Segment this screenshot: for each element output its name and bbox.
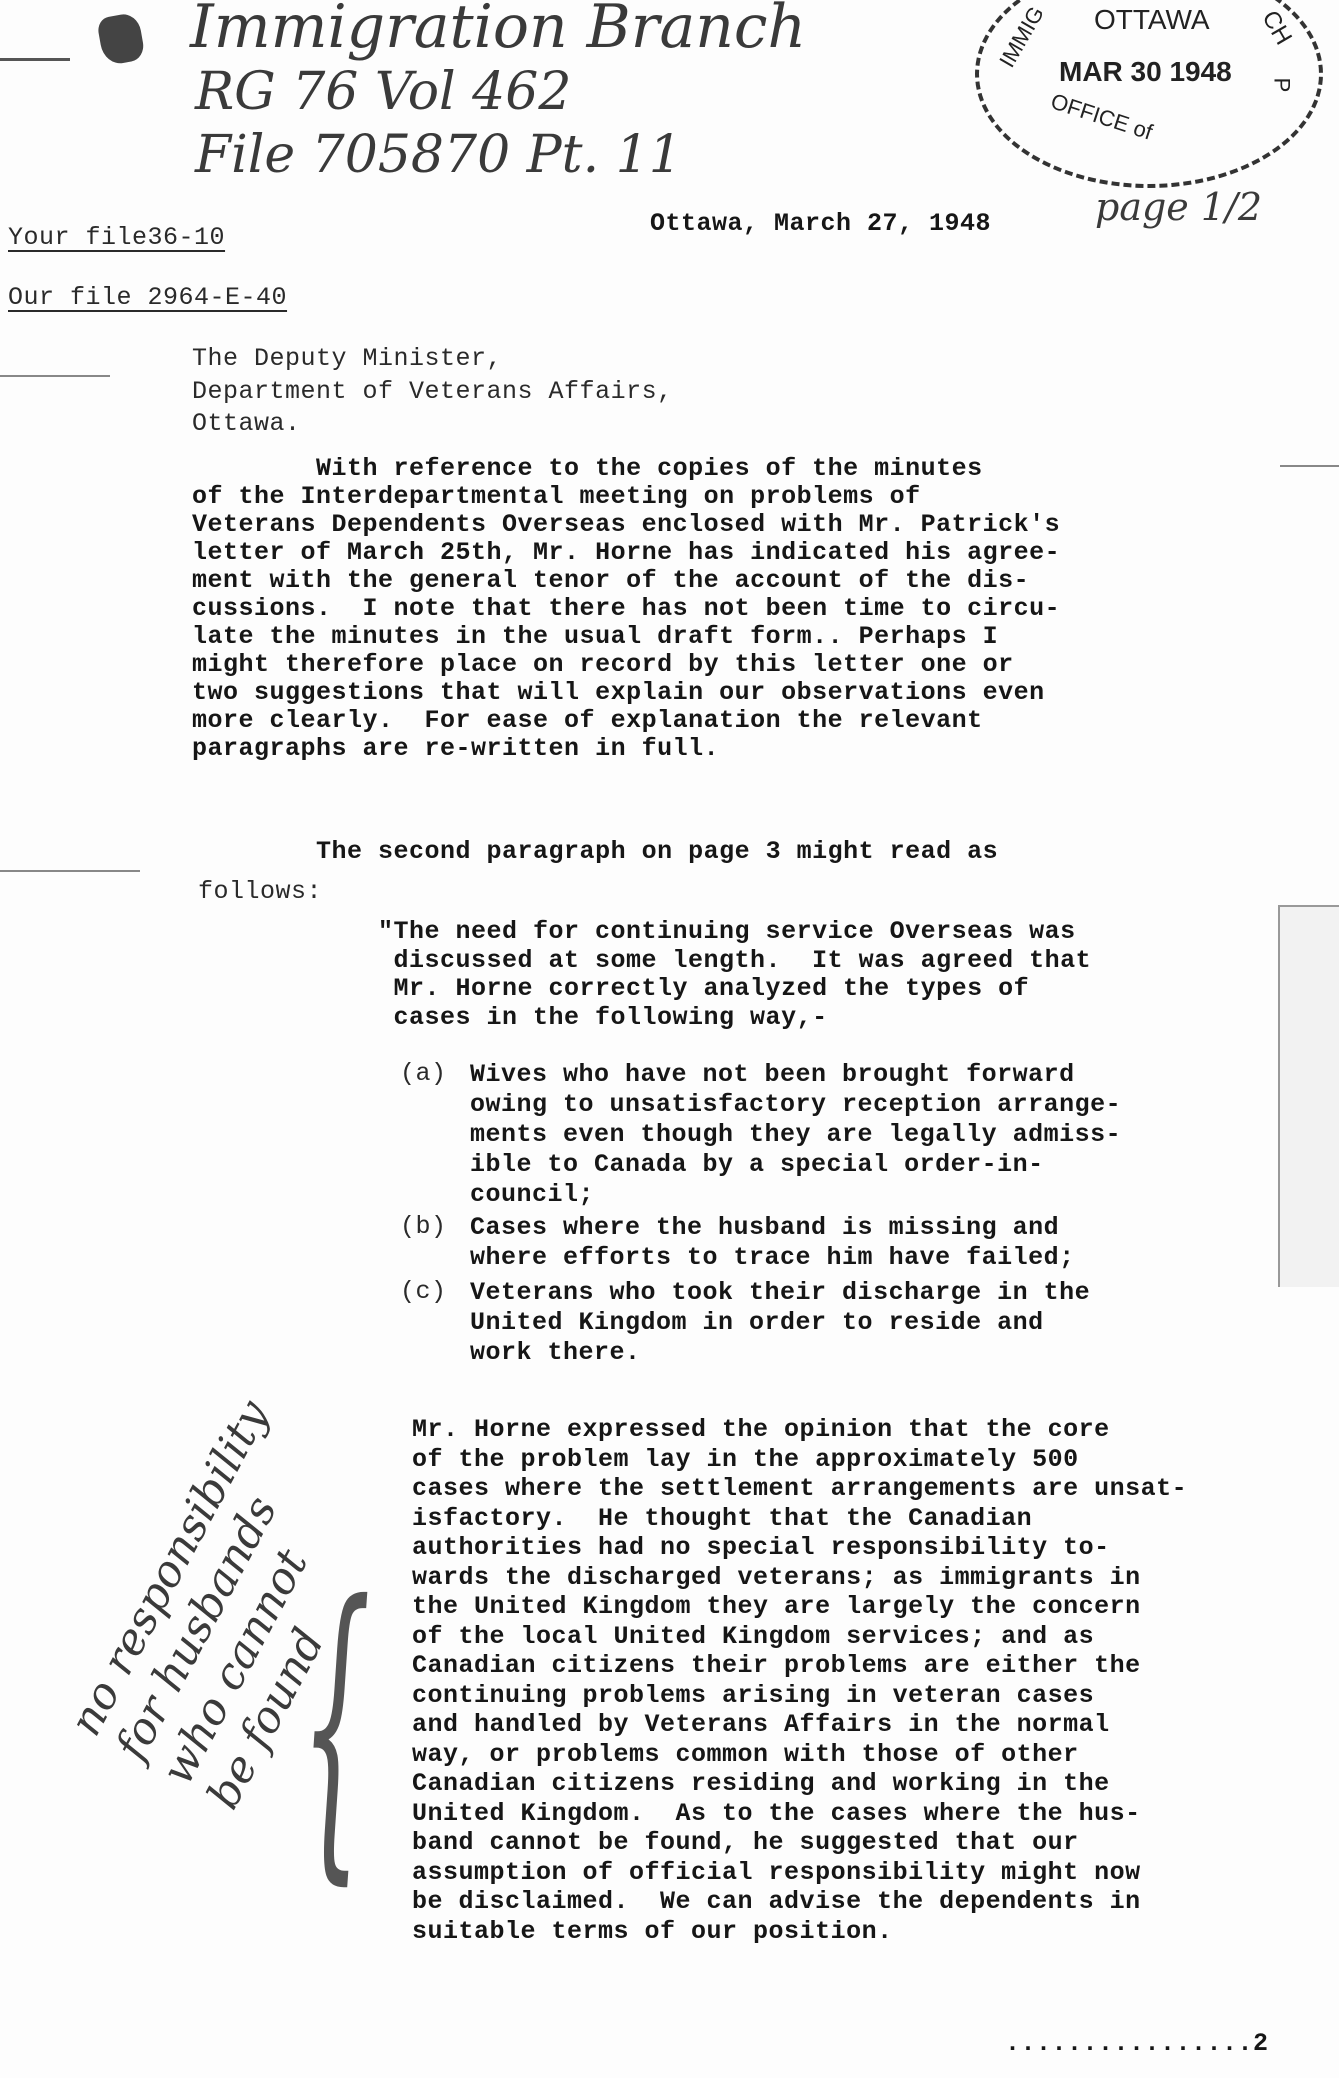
paragraph-1-line: two suggestions that will explain our ob… (192, 679, 1060, 707)
case-item-line: Cases where the husband is missing and (470, 1213, 1075, 1243)
archive-note-line2: RG 76 Vol 462 (195, 62, 571, 122)
paragraph-1-line: late the minutes in the usual draft form… (192, 623, 1060, 651)
archive-note-line1: Immigration Branch (190, 0, 806, 62)
case-item-line: ments even though they are legally admis… (470, 1120, 1121, 1150)
document-page: Immigration Branch RG 76 Vol 462 File 70… (0, 0, 1339, 2078)
paragraph-3-line: and handled by Veterans Affairs in the n… (412, 1710, 1187, 1740)
case-item-line: ible to Canada by a special order-in- (470, 1150, 1121, 1180)
scan-edge-line (1280, 465, 1339, 467)
paragraph-3-line: isfactory. He thought that the Canadian (412, 1504, 1187, 1534)
paragraph-3-line: Mr. Horne expressed the opinion that the… (412, 1415, 1187, 1445)
paragraph-1: With reference to the copies of the minu… (192, 455, 1060, 763)
stamp-left-arc: IMMIG (994, 2, 1050, 72)
paragraph-1-line: more clearly. For ease of explanation th… (192, 707, 1060, 735)
continuation-marker: ................2 (1005, 2030, 1269, 2059)
paragraph-1-line: With reference to the copies of the minu… (192, 455, 1060, 483)
ink-blot (96, 12, 146, 67)
paragraph-3-line: the United Kingdom they are largely the … (412, 1592, 1187, 1622)
received-stamp: OTTAWA IMMIG CH MAR 30 1948 OFFICE of P (975, 0, 1323, 188)
case-label: (a) (400, 1060, 447, 1089)
paragraph-3-line: assumption of official responsibility mi… (412, 1858, 1187, 1888)
case-item-line: work there. (470, 1338, 1090, 1368)
paragraph-3-line: cases where the settlement arrangements … (412, 1474, 1187, 1504)
archive-note-line3: File 705870 Pt. 11 (195, 125, 682, 185)
paragraph-3-line: of the problem lay in the approximately … (412, 1445, 1187, 1475)
paragraph-3-line: United Kingdom. As to the cases where th… (412, 1799, 1187, 1829)
paper-clip-mark (0, 58, 70, 61)
paragraph-2-line2: follows: (198, 878, 322, 907)
our-file-reference: Our file 2964-E-40 (8, 284, 287, 313)
case-label: (c) (400, 1278, 447, 1307)
case-label: (b) (400, 1213, 447, 1242)
paragraph-3-line: band cannot be found, he suggested that … (412, 1828, 1187, 1858)
quote-line: cases in the following way,- (378, 1004, 1091, 1033)
paragraph-1-line: might therefore place on record by this … (192, 651, 1060, 679)
case-item: Veterans who took their discharge in the… (470, 1278, 1090, 1368)
paragraph-3-line: Canadian citizens their problems are eit… (412, 1651, 1187, 1681)
paragraph-3-line: Canadian citizens residing and working i… (412, 1769, 1187, 1799)
paragraph-3-line: suitable terms of our position. (412, 1917, 1187, 1947)
case-item-line: where efforts to trace him have failed; (470, 1243, 1075, 1273)
page-number-note: page 1/2 (1095, 185, 1262, 229)
paragraph-3-line: continuing problems arising in veteran c… (412, 1681, 1187, 1711)
quote-line: "The need for continuing service Oversea… (378, 918, 1091, 947)
paragraph-1-line: Veterans Dependents Overseas enclosed wi… (192, 511, 1060, 539)
paragraph-3-line: way, or problems common with those of ot… (412, 1740, 1187, 1770)
paragraph-3-line: authorities had no special responsibilit… (412, 1533, 1187, 1563)
addressee-line3: Ottawa. (192, 410, 301, 439)
case-item: Wives who have not been brought forwardo… (470, 1060, 1121, 1210)
paragraph-1-line: of the Interdepartmental meeting on prob… (192, 483, 1060, 511)
case-item-line: Wives who have not been brought forward (470, 1060, 1121, 1090)
case-item-line: owing to unsatisfactory reception arrang… (470, 1090, 1121, 1120)
addressee-line2: Department of Veterans Affairs, (192, 378, 673, 407)
stamp-date: MAR 30 1948 (1059, 56, 1232, 88)
case-item-line: Veterans who took their discharge in the (470, 1278, 1090, 1308)
paragraph-3-line: of the local United Kingdom services; an… (412, 1622, 1187, 1652)
stamp-right-mark: P (1268, 78, 1294, 93)
paragraph-3: Mr. Horne expressed the opinion that the… (412, 1415, 1187, 1946)
paragraph-3-line: wards the discharged veterans; as immigr… (412, 1563, 1187, 1593)
quote-line: discussed at some length. It was agreed … (378, 947, 1091, 976)
quote-line: Mr. Horne correctly analyzed the types o… (378, 975, 1091, 1004)
paragraph-1-line: paragraphs are re-written in full. (192, 735, 1060, 763)
quoted-paragraph: "The need for continuing service Oversea… (378, 918, 1091, 1032)
addressee-line1: The Deputy Minister, (192, 345, 502, 374)
stamp-bottom-arc: OFFICE of (1048, 88, 1156, 145)
stamp-top-text: OTTAWA (1094, 4, 1210, 36)
paragraph-1-line: ment with the general tenor of the accou… (192, 567, 1060, 595)
case-item: Cases where the husband is missing andwh… (470, 1213, 1075, 1273)
letter-date: Ottawa, March 27, 1948 (650, 210, 991, 239)
scan-edge-shadow (1278, 905, 1339, 1287)
stamp-right-arc: CH (1256, 6, 1298, 50)
paragraph-1-line: letter of March 25th, Mr. Horne has indi… (192, 539, 1060, 567)
case-item-line: council; (470, 1180, 1121, 1210)
paragraph-3-line: be disclaimed. We can advise the depende… (412, 1887, 1187, 1917)
scan-edge-line (0, 375, 110, 377)
paragraph-1-line: cussions. I note that there has not been… (192, 595, 1060, 623)
case-item-line: United Kingdom in order to reside and (470, 1308, 1090, 1338)
paragraph-2-line1: The second paragraph on page 3 might rea… (192, 838, 998, 867)
scan-edge-line (0, 870, 140, 872)
your-file-reference: Your file36-10 (8, 224, 225, 253)
